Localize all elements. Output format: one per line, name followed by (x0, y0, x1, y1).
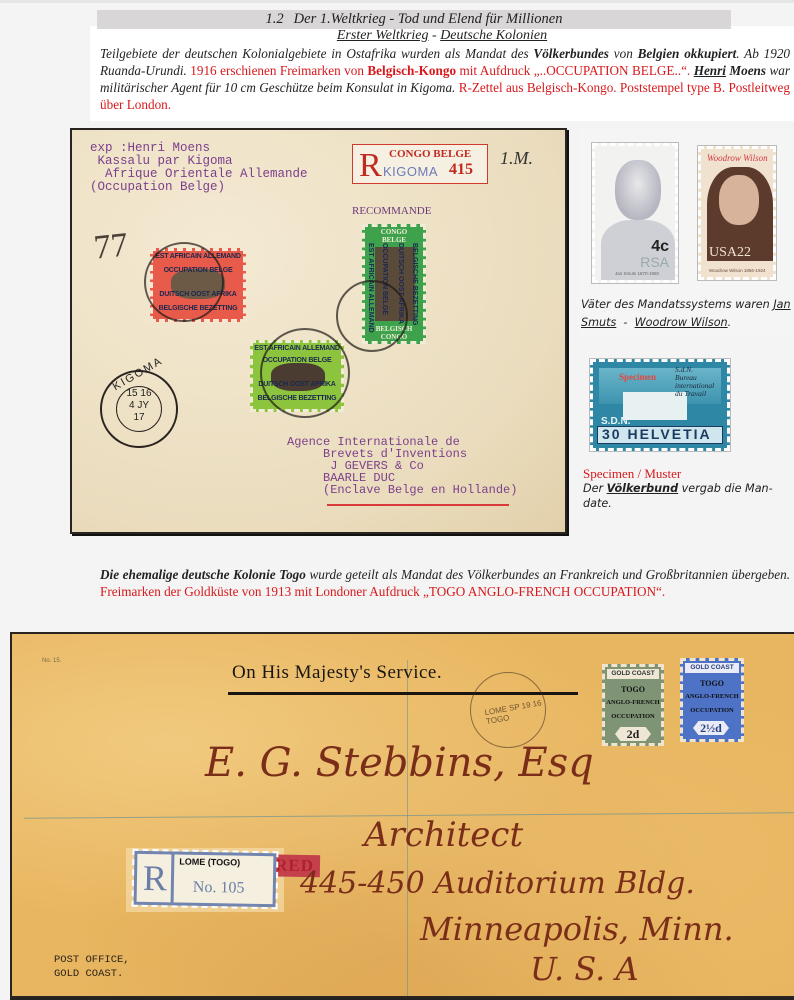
addressee-city: Minneapolis, Minn. (420, 910, 734, 948)
stamp-signature: Woodrow Wilson (707, 153, 768, 163)
text-bold: Moens (726, 63, 766, 78)
subtitle-left: Erster Weltkrieg (337, 28, 429, 43)
text: Der (583, 482, 607, 495)
postmark-cancel (336, 280, 408, 352)
text: . (728, 316, 732, 329)
page-title: 1.2 Der 1.Weltkrieg - Tod und Elend für … (97, 10, 731, 29)
text: von (609, 46, 638, 61)
red-underline (327, 504, 509, 506)
postmark-day: 4 JY (102, 400, 176, 412)
text: Teilgebiete der deutschen Kolonialgebiet… (100, 46, 533, 61)
stamp-value: USA22 (709, 245, 751, 261)
stamp-caption: Jan Smuts 1870-1950 (615, 271, 659, 276)
top-strip (0, 0, 794, 3)
initials: 1.M. (500, 148, 533, 169)
text: wurde geteilt als Mandat des Völkerbunde… (306, 567, 790, 582)
caption-mandate-fathers: Väter des Mandatssystems waren Jan Smuts… (581, 296, 793, 332)
return-address: exp :Henri Moens Kassalu par Kigoma Afri… (90, 142, 308, 194)
registration-label-lome: R LOME (TOGO) No. 105 (134, 851, 277, 907)
stamp-gold-coast-2d: GOLD COAST TOGO ANGLO-FRENCH OCCUPATION … (602, 664, 664, 746)
subtitle-separator: - (429, 28, 441, 43)
label-divider (171, 854, 175, 902)
postmark-kigoma: KIGOMA 15 16 4 JY 17 (100, 370, 178, 448)
text-bold: Die ehemalige deutsche Kolonie Togo (100, 567, 306, 582)
corner-number: No. 15. (42, 658, 61, 664)
stamp-jan-smuts: 4c RSA Jan Smuts 1870-1950 (592, 143, 678, 283)
registration-number: No. 105 (193, 879, 245, 898)
addressee-name: E. G. Stebbins, Esq (205, 740, 594, 786)
registration-header: CONGO BELGE (389, 148, 471, 160)
registration-number: 415 (449, 161, 473, 179)
overprint-line: ANGLO-FRENCH (605, 699, 661, 706)
section-number: 1.2 (266, 11, 284, 28)
cover-kigoma: exp :Henri Moens Kassalu par Kigoma Afri… (70, 128, 567, 534)
overprint-line: TOGO (605, 685, 661, 694)
intro-paragraph: Teilgebiete der deutschen Kolonialgebiet… (100, 45, 790, 113)
section-title: Der 1.Weltkrieg - Tod und Elend für Mill… (294, 11, 563, 28)
text-red: Freimarken der Goldküste von 1913 mit Lo… (100, 584, 665, 599)
overprint-line: ANGLO-FRENCH (683, 693, 741, 700)
postmark-cancel (144, 242, 224, 322)
registration-letter: R (359, 147, 382, 185)
overprint-line: BELGISCHE BEZETTING (411, 243, 418, 325)
text-red: 1916 erschienen Freimarken von (190, 63, 367, 78)
pencil-mark: 77 (92, 226, 130, 267)
registration-place: KIGOMA (383, 164, 438, 179)
postmark-time: 15 16 (102, 388, 176, 400)
text: - (616, 316, 634, 329)
subtitle: Erster Weltkrieg - Deutsche Kolonien (90, 28, 794, 44)
registration-letter: R (143, 858, 168, 898)
caption-red: Specimen / Muster (583, 466, 793, 481)
postmark-text: LOME SP 19 16 TOGO (484, 698, 546, 726)
portrait-face (719, 175, 759, 225)
postmark-year: 17 (102, 412, 176, 424)
stamp-value: 2½d (693, 721, 729, 735)
overprint-line: OCCUPATION (605, 713, 661, 720)
stamp-caption: Woodrow Wilson 1856-1924 (709, 268, 765, 273)
registration-label: R CONGO BELGE KIGOMA 415 (352, 144, 488, 184)
text-red-bold: Belgisch-Kongo (367, 63, 456, 78)
caption-specimen: Specimen / Muster Der Völkerbund vergab … (583, 466, 793, 511)
stamp-value: 2d (615, 727, 651, 741)
text-voelkerbund: Völkerbund (607, 482, 678, 495)
post-office-imprint: POST OFFICE, GOLD COAST. (54, 953, 130, 981)
stamp-top: GOLD COAST (607, 669, 659, 679)
stamp-country: RSA (640, 254, 669, 270)
stamp-gold-coast-2-half-d: GOLD COAST TOGO ANGLO-FRENCH OCCUPATION … (680, 658, 744, 742)
postmark-date: 15 16 4 JY 17 (102, 372, 176, 424)
addressee-street: 445-450 Auditorium Bldg. (300, 866, 695, 901)
stamp-value-country: 30 HELVETIA (597, 426, 723, 444)
overprint-line: TOGO (683, 679, 741, 688)
stamp-top: GOLD COAST (685, 663, 739, 673)
text-red: mit Aufdruck „..OCCUPATION BELGE..“. (456, 63, 690, 78)
name-wilson: Woodrow Wilson (635, 316, 728, 329)
specimen-overprint: Specimen (619, 372, 656, 382)
recommande-handstamp: RECOMMANDE (352, 205, 431, 217)
togo-paragraph: Die ehemalige deutsche Kolonie Togo wurd… (100, 566, 790, 600)
stamp-woodrow-wilson: Woodrow Wilson USA22 Woodrow Wilson 1856… (698, 146, 776, 280)
ohms-header: On His Majesty's Service. (232, 662, 442, 684)
stamp-helvetia-specimen: Specimen S.d.N. Bureau international du … (590, 359, 730, 451)
registration-place: LOME (TOGO) (179, 857, 240, 868)
postmark-lome: LOME SP 19 16 TOGO (470, 672, 546, 748)
text-bold: Belgien okkupiert (638, 46, 737, 61)
postmark-cancel (260, 328, 350, 418)
recipient-address: Agence Internationale de Brevets d'Inven… (287, 436, 517, 496)
portrait-head (615, 160, 661, 220)
addressee-country: U. S. A (530, 950, 639, 988)
text: Väter des Mandatssystems waren (581, 298, 773, 311)
addressee-title: Architect (364, 815, 523, 855)
sdn-overprint: S.d.N. Bureau international du Travail (675, 366, 714, 398)
text-bold: Völkerbundes (533, 46, 608, 61)
overprint-line: OCCUPATION (683, 707, 741, 714)
subtitle-right: Deutsche Kolonien (440, 28, 547, 43)
stamp-header: CONGO (365, 228, 423, 236)
text-bold-underlined: Henri (694, 63, 726, 78)
